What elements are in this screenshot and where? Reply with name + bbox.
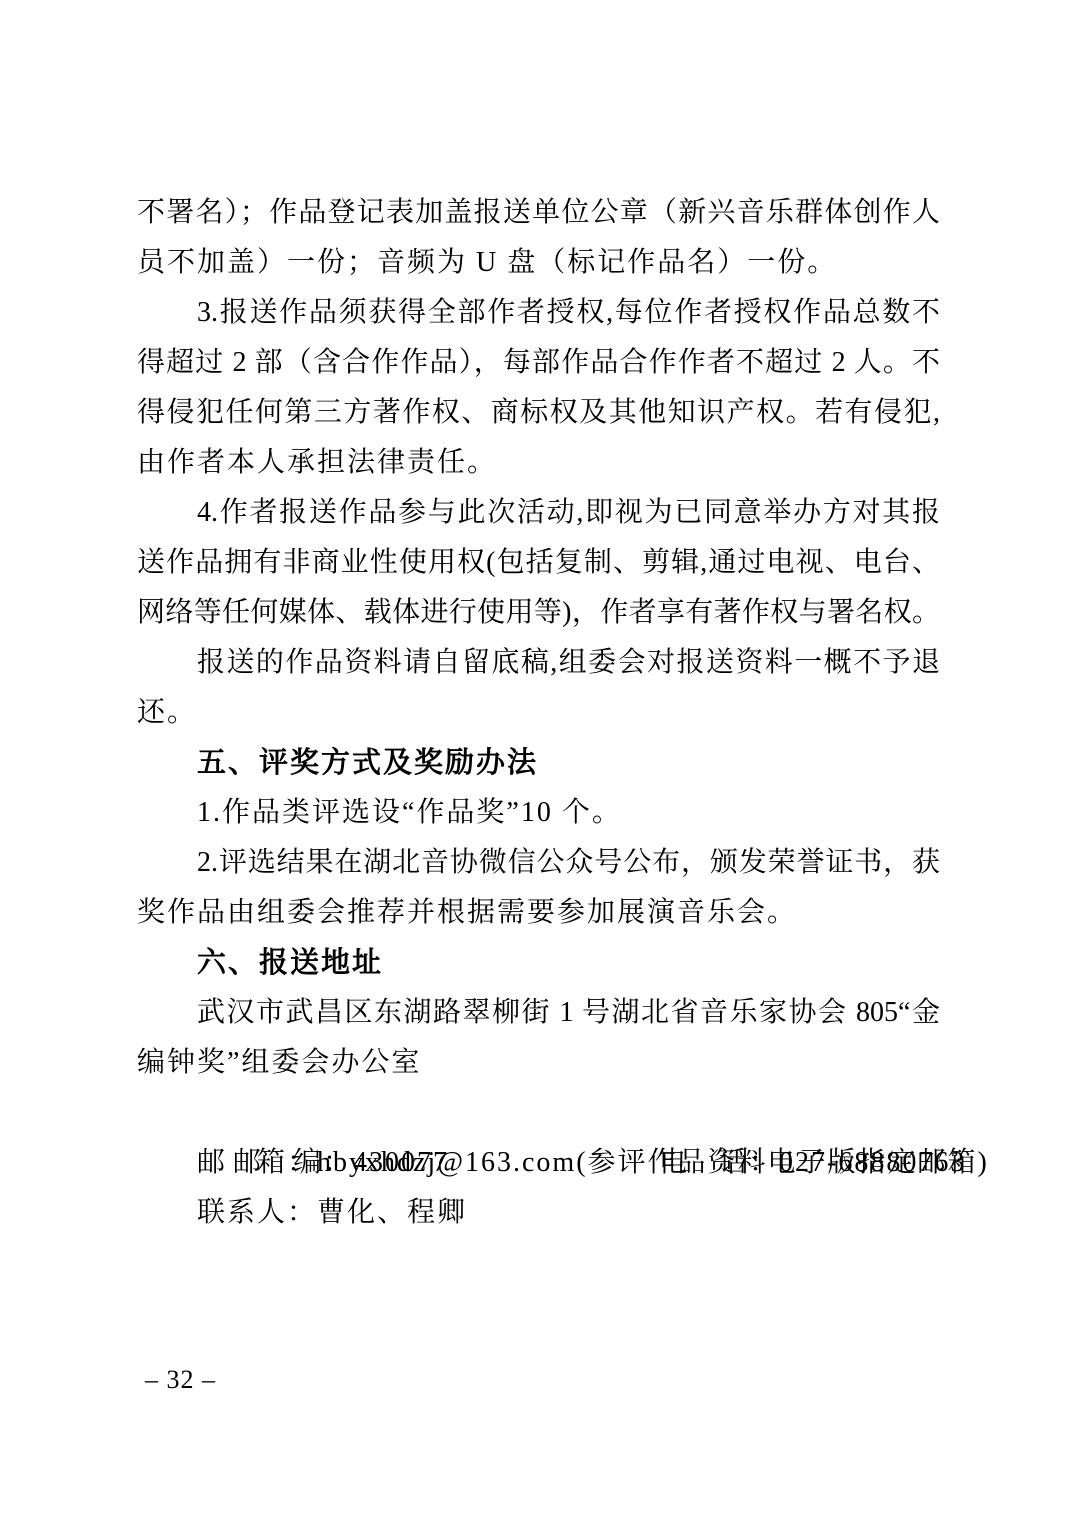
section-heading-address: 六、报送地址 bbox=[137, 938, 940, 988]
contact-email-line: 邮 箱：hbyxhdzj@163.com(参评作品资料电子版指定邮箱) bbox=[137, 1138, 940, 1188]
section-heading-awards: 五、评奖方式及奖励办法 bbox=[137, 738, 940, 788]
doc-line: 网络等任何媒体、载体进行使用等)，作者享有著作权与署名权。 bbox=[137, 588, 940, 638]
doc-line: 1.作品类评选设“作品奖”10 个。 bbox=[137, 788, 940, 838]
doc-line: 还。 bbox=[137, 688, 940, 738]
doc-line: 武汉市武昌区东湖路翠柳街 1 号湖北省音乐家协会 805“金 bbox=[137, 988, 940, 1038]
document-page: 不署名）；作品登记表加盖报送单位公章（新兴音乐群体创作人 员不加盖）一份；音频为… bbox=[137, 188, 940, 1238]
doc-line: 奖作品由组委会推荐并根据需要参加展演音乐会。 bbox=[137, 888, 940, 938]
doc-line: 由作者本人承担法律责任。 bbox=[137, 438, 940, 488]
page-number: – 32 – bbox=[145, 1355, 216, 1405]
doc-line: 2.评选结果在湖北音协微信公众号公布，颁发荣誉证书，获 bbox=[137, 838, 940, 888]
contact-person-line: 联系人：曹化、程卿 bbox=[137, 1188, 940, 1238]
doc-line: 3.报送作品须获得全部作者授权,每位作者授权作品总数不 bbox=[137, 288, 940, 338]
doc-line: 得超过 2 部（含合作作品），每部作品合作作者不超过 2 人。不 bbox=[137, 338, 940, 388]
contact-postal-phone-line: 邮 编：430077电 话：027-68880763 bbox=[137, 1088, 940, 1138]
doc-line: 员不加盖）一份；音频为 U 盘（标记作品名）一份。 bbox=[137, 238, 940, 288]
doc-line: 编钟奖”组委会办公室 bbox=[137, 1038, 940, 1088]
doc-line: 4.作者报送作品参与此次活动,即视为已同意举办方对其报 bbox=[137, 488, 940, 538]
doc-line: 报送的作品资料请自留底稿,组委会对报送资料一概不予退 bbox=[137, 638, 940, 688]
doc-line: 得侵犯任何第三方著作权、商标权及其他知识产权。若有侵犯, bbox=[137, 388, 940, 438]
doc-line: 送作品拥有非商业性使用权(包括复制、剪辑,通过电视、电台、 bbox=[137, 538, 940, 588]
doc-line: 不署名）；作品登记表加盖报送单位公章（新兴音乐群体创作人 bbox=[137, 188, 940, 238]
